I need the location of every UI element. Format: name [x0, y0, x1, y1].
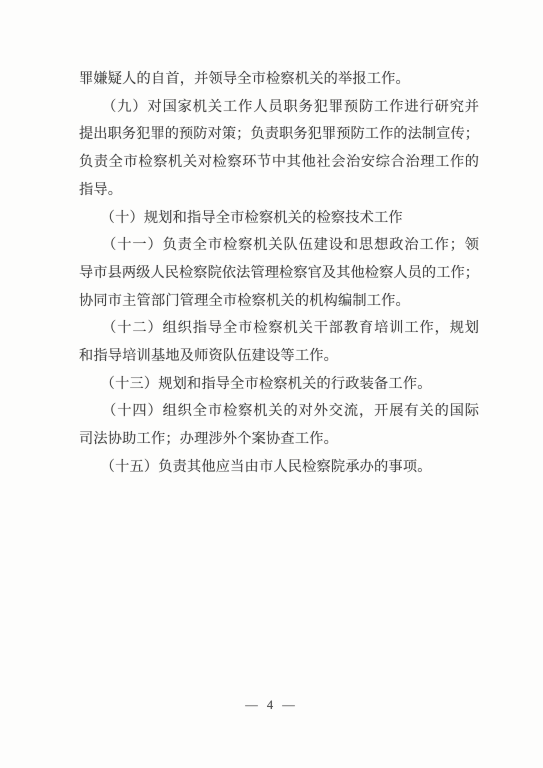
- page-footer: — 4 —: [0, 696, 543, 714]
- text-line: （十）规划和指导全市检察机关的检察技术工作: [79, 205, 479, 233]
- text-line: （十五）负责其他应当由市人民检察院承办的事项。: [79, 454, 479, 482]
- text-line: 提出职务犯罪的预防对策；负责职务犯罪预防工作的法制宣传；: [79, 121, 479, 149]
- document-text-block: 罪嫌疑人的自首，并领导全市检察机关的举报工作。 （九）对国家机关工作人员职务犯罪…: [79, 66, 479, 482]
- text-line: 协同市主管部门管理全市检察机关的机构编制工作。: [79, 288, 479, 316]
- text-line: （十一）负责全市检察机关队伍建设和思想政治工作；领: [79, 232, 479, 260]
- document-page: 罪嫌疑人的自首，并领导全市检察机关的举报工作。 （九）对国家机关工作人员职务犯罪…: [0, 0, 543, 768]
- text-line: 指导。: [79, 177, 479, 205]
- text-line: （九）对国家机关工作人员职务犯罪预防工作进行研究并: [79, 94, 479, 122]
- text-line: 司法协助工作；办理涉外个案协查工作。: [79, 426, 479, 454]
- text-line: 罪嫌疑人的自首，并领导全市检察机关的举报工作。: [79, 66, 479, 94]
- text-line: 导市县两级人民检察院依法管理检察官及其他检察人员的工作；: [79, 260, 479, 288]
- text-line: （十三）规划和指导全市检察机关的行政装备工作。: [79, 371, 479, 399]
- text-line: 负责全市检察机关对检察环节中其他社会治安综合治理工作的: [79, 149, 479, 177]
- page-number: — 4 —: [245, 698, 298, 712]
- text-line: （十二）组织指导全市检察机关干部教育培训工作，规划: [79, 315, 479, 343]
- text-line: 和指导培训基地及师资队伍建设等工作。: [79, 343, 479, 371]
- text-line: （十四）组织全市检察机关的对外交流，开展有关的国际: [79, 398, 479, 426]
